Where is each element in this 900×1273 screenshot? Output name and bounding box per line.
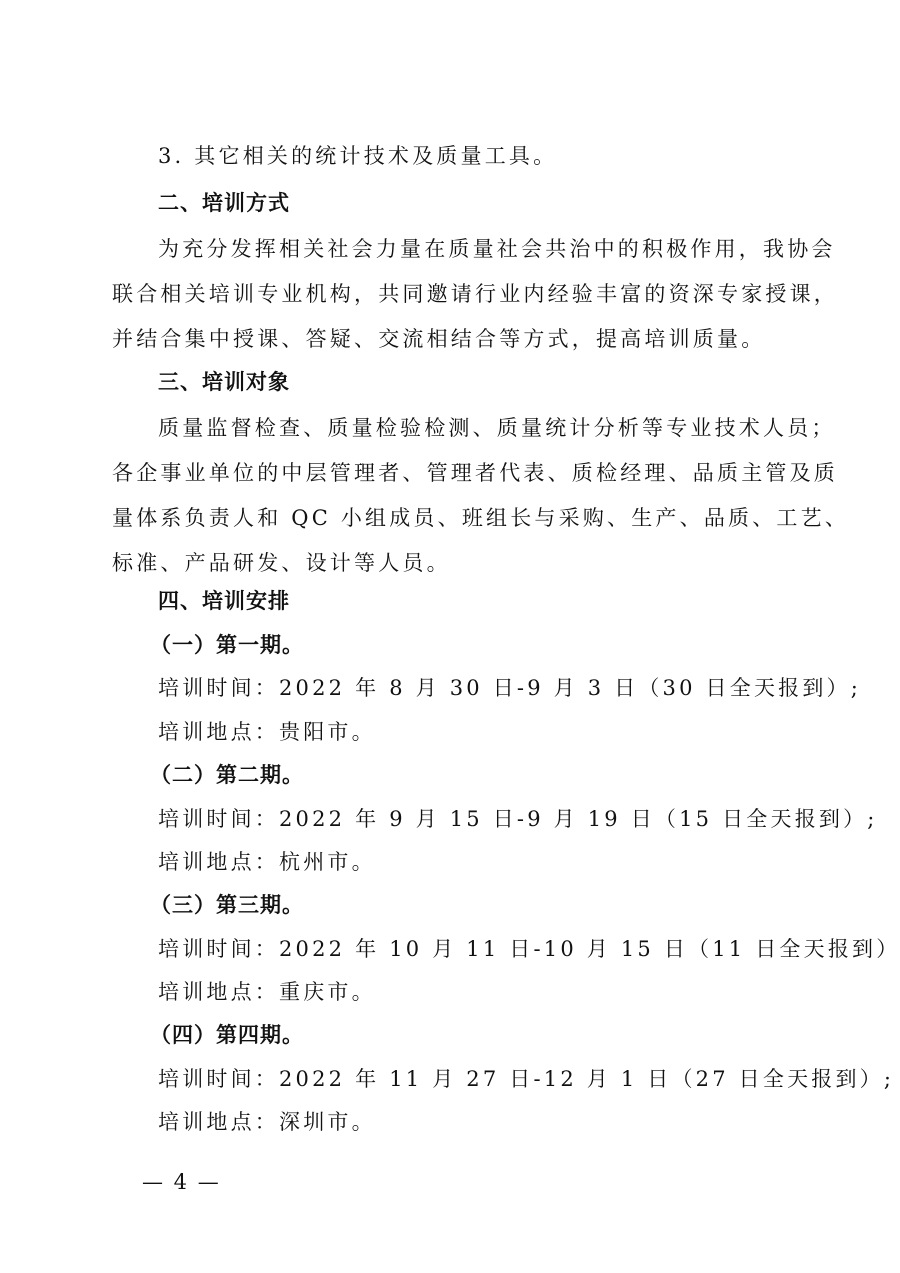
page-number: — 4 —	[142, 1170, 221, 1194]
text-line-sec3-p2: 各企事业单位的中层管理者、管理者代表、质检经理、品质主管及质	[112, 458, 900, 488]
text-line-period4-time: 培训时间：2022 年 11 月 27 日-12 月 1 日（27 日全天报到）…	[158, 1064, 900, 1094]
text-line-sec2-p1: 为充分发挥相关社会力量在质量社会共治中的积极作用，我协会	[158, 234, 900, 264]
text-line-period1-heading: （一）第一期。	[150, 630, 900, 660]
text-line-sec3-heading: 三、培训对象	[158, 367, 900, 397]
text-line-period1-place: 培训地点：贵阳市。	[158, 717, 900, 747]
text-line-period3-time: 培训时间：2022 年 10 月 11 日-10 月 15 日（11 日全天报到…	[158, 934, 900, 964]
text-line-sec4-heading: 四、培训安排	[158, 586, 900, 616]
text-line-item3: 3. 其它相关的统计技术及质量工具。	[158, 141, 900, 171]
text-line-period1-time: 培训时间：2022 年 8 月 30 日-9 月 3 日（30 日全天报到）;	[158, 673, 900, 703]
text-line-sec3-p1: 质量监督检查、质量检验检测、质量统计分析等专业技术人员；	[158, 413, 900, 443]
text-line-period2-place: 培训地点：杭州市。	[158, 847, 900, 877]
text-line-sec3-p4: 标准、产品研发、设计等人员。	[112, 548, 900, 578]
text-line-sec3-p3: 量体系负责人和 QC 小组成员、班组长与采购、生产、品质、工艺、	[112, 503, 900, 533]
text-line-period4-place: 培训地点：深圳市。	[158, 1107, 900, 1137]
text-line-period2-heading: （二）第二期。	[150, 760, 900, 790]
text-line-period3-heading: （三）第三期。	[150, 890, 900, 920]
text-line-sec2-p2: 联合相关培训专业机构，共同邀请行业内经验丰富的资深专家授课，	[112, 279, 900, 309]
text-line-sec2-p3: 并结合集中授课、答疑、交流相结合等方式，提高培训质量。	[112, 324, 900, 354]
text-line-period3-place: 培训地点：重庆市。	[158, 977, 900, 1007]
text-line-sec2-heading: 二、培训方式	[158, 188, 900, 218]
text-line-period4-heading: （四）第四期。	[150, 1020, 900, 1050]
text-line-period2-time: 培训时间：2022 年 9 月 15 日-9 月 19 日（15 日全天报到）;	[158, 804, 900, 834]
